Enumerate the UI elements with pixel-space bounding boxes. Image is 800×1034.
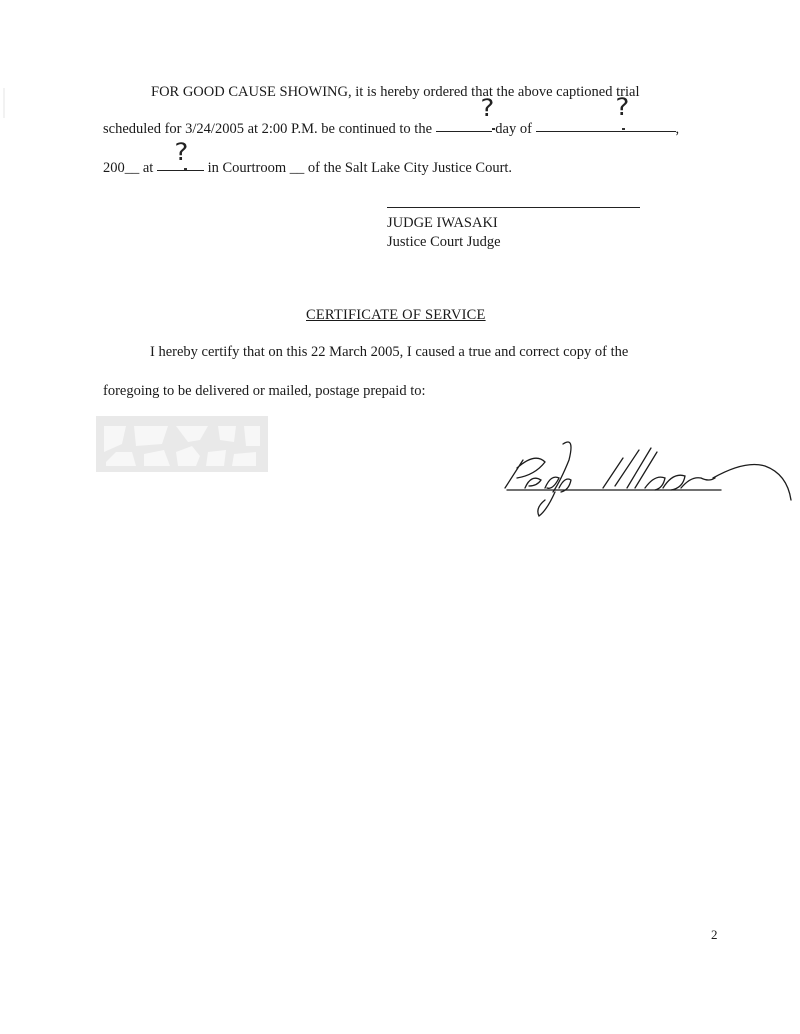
- certificate-line-1: I hereby certify that on this 22 March 2…: [150, 344, 628, 361]
- handwritten-dot-month: [622, 128, 625, 130]
- handwritten-question-mark-time: ?: [174, 138, 188, 166]
- order-line-2: scheduled for 3/24/2005 at 2:00 P.M. be …: [103, 121, 679, 138]
- order-line-2-mid: day of: [495, 121, 532, 137]
- faded-stamp: [96, 416, 268, 472]
- year-blank: 200__: [103, 160, 139, 176]
- order-line-2-prefix: scheduled for 3/24/2005 at 2:00 P.M. be …: [103, 121, 432, 137]
- order-line-3: 200__ at in Courtroom __ of the Salt Lak…: [103, 160, 512, 177]
- month-blank: [536, 130, 676, 132]
- stamp-pattern-icon: [96, 416, 268, 472]
- judge-title: Justice Court Judge: [387, 234, 501, 251]
- day-blank: [436, 130, 492, 132]
- page-number: 2: [711, 927, 718, 943]
- handwritten-dot-time: [184, 168, 187, 170]
- certificate-heading: CERTIFICATE OF SERVICE: [306, 307, 486, 324]
- handwritten-question-mark-day: ?: [480, 94, 494, 122]
- order-line-3-mid: in Courtroom __ of the Salt Lake City Ju…: [208, 160, 512, 176]
- judge-signature-line: [387, 207, 640, 208]
- certificate-line-2: foregoing to be delivered or mailed, pos…: [103, 383, 426, 400]
- time-blank: [157, 169, 204, 171]
- scan-artifact: [3, 88, 5, 118]
- order-line-1: FOR GOOD CAUSE SHOWING, it is hereby ord…: [151, 84, 639, 101]
- handwritten-question-mark-month: ?: [615, 93, 629, 121]
- handwritten-signature: [495, 430, 795, 525]
- handwritten-dot-day: [492, 128, 495, 130]
- judge-name: JUDGE IWASAKI: [387, 215, 498, 232]
- order-line-3-at: at: [143, 160, 153, 176]
- order-line-2-end: ,: [676, 121, 680, 137]
